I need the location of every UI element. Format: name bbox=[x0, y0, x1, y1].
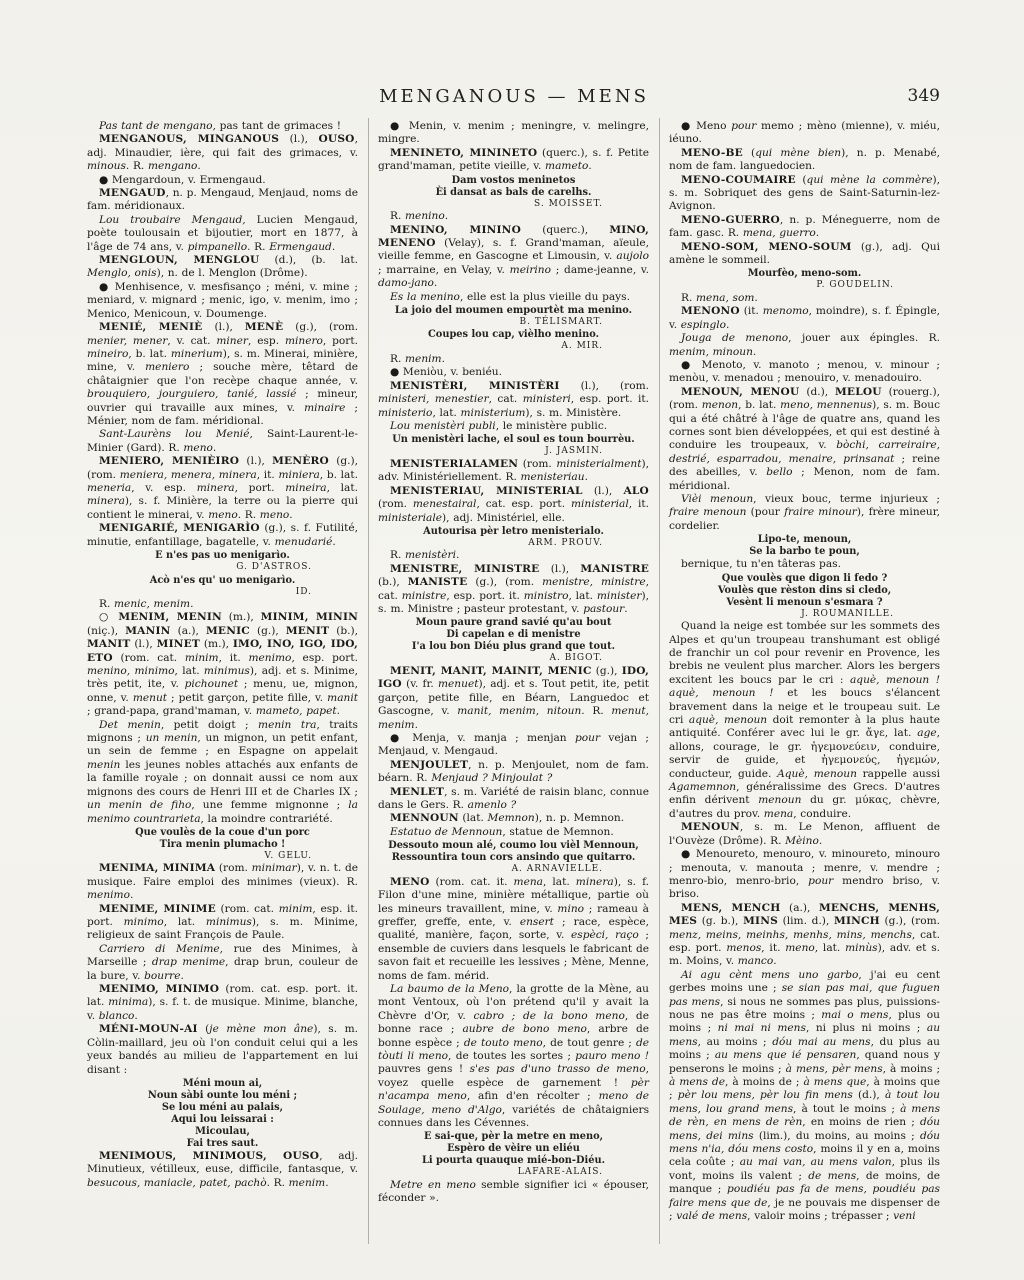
verse-quote: Lipo-te, menoun,Se la barbo te poun, bbox=[669, 534, 940, 558]
entry-paragraph: Pas tant de mengano, pas tant de grimace… bbox=[87, 120, 358, 133]
entry-paragraph: Estatuo de Mennoun, statue de Memnon. bbox=[378, 826, 649, 839]
entry-paragraph: MENIT, MANIT, MAINIT, MENIC (g.), IDO, I… bbox=[378, 665, 649, 732]
verse-quote: Autourisa pèr letro menisterialo. bbox=[378, 526, 649, 538]
entry-paragraph: MENIERO, MENIÈIRO (l.), MENÈRO (g.), (ro… bbox=[87, 455, 358, 522]
quote-attribution: J. JASMIN. bbox=[378, 446, 649, 458]
entry-paragraph: Ai agu cènt mens uno garbo, j'ai eu cent… bbox=[669, 969, 940, 1224]
entry-paragraph: ● Menoto, v. manoto ; menou, v. minour ;… bbox=[669, 359, 940, 386]
entry-paragraph: MENIÉ, MENIÈ (l.), MENÈ (g.), (rom. meni… bbox=[87, 321, 358, 428]
entry-paragraph: ● Menin, v. menim ; meningre, v. melingr… bbox=[378, 120, 649, 147]
page-header: MENGANOUS — MENS 349 bbox=[84, 86, 944, 112]
verse-quote: La joio del moumen empourtèt ma menino. bbox=[378, 305, 649, 317]
text-columns: Pas tant de mengano, pas tant de grimace… bbox=[78, 118, 950, 1244]
entry-paragraph: Quand la neige est tombée sur les sommet… bbox=[669, 620, 940, 821]
column: ● Menin, v. menim ; meningre, v. melingr… bbox=[368, 118, 659, 1244]
entry-paragraph: R. mena, som. bbox=[669, 292, 940, 305]
entry-paragraph: La baumo de la Meno, la grotte de la Mèn… bbox=[378, 983, 649, 1130]
entry-paragraph: Lou troubaire Mengaud, Lucien Mengaud, p… bbox=[87, 214, 358, 254]
entry-paragraph: MENIMOUS, MINIMOUS, OUSO, adj. Minutieux… bbox=[87, 1150, 358, 1190]
entry-paragraph: ● Menja, v. manja ; menjan pour vejan ; … bbox=[378, 732, 649, 759]
column: Pas tant de mengano, pas tant de grimace… bbox=[78, 118, 368, 1244]
verse-quote: E n'es pas uo menigarìo. bbox=[87, 550, 358, 562]
entry-paragraph: bernique, tu n'en tâteras pas. bbox=[669, 558, 940, 571]
quote-attribution: ARM. PROUV. bbox=[378, 538, 649, 550]
page-number: 349 bbox=[908, 86, 940, 106]
quote-attribution: A. MIR. bbox=[378, 341, 649, 353]
entry-paragraph: ● Meniòu, v. beniéu. bbox=[378, 366, 649, 379]
entry-paragraph: R. menistèri. bbox=[378, 549, 649, 562]
entry-paragraph: ○ MENIM, MENIN (m.), MINIM, MININ (niç.)… bbox=[87, 611, 358, 718]
quote-attribution: G. D'ASTROS. bbox=[87, 562, 358, 574]
verse-quote: Un menistèri lache, el soul es toun bour… bbox=[378, 434, 649, 446]
entry-paragraph: R. menic, menim. bbox=[87, 598, 358, 611]
entry-paragraph: MENONO (it. menomo, moindre), s. f. Épin… bbox=[669, 305, 940, 332]
entry-paragraph: MENINETO, MININETO (querc.), s. f. Petit… bbox=[378, 147, 649, 174]
entry-paragraph: MENISTERIAU, MINISTERIAL (l.), ALO (rom.… bbox=[378, 485, 649, 525]
entry-paragraph: MENJOULET, n. p. Menjoulet, nom de fam. … bbox=[378, 759, 649, 786]
entry-paragraph: Es la menino, elle est la plus vieille d… bbox=[378, 291, 649, 304]
entry-paragraph: ● Meno pour memo ; mèno (mienne), v. mié… bbox=[669, 120, 940, 147]
entry-paragraph: Carriero di Menime, rue des Minimes, à M… bbox=[87, 943, 358, 983]
quote-attribution: S. MOISSET. bbox=[378, 199, 649, 211]
entry-paragraph: R. menim. bbox=[378, 353, 649, 366]
entry-paragraph: MENOUN, MENOU (d.), MELOU (rouerg.), (ro… bbox=[669, 386, 940, 493]
entry-paragraph: MENISTERIALAMEN (rom. ministerialment), … bbox=[378, 458, 649, 485]
quote-attribution: B. TÉLISMART. bbox=[378, 317, 649, 329]
entry-paragraph: MENIGARIÉ, MENIGARÌO (g.), s. f. Futilit… bbox=[87, 522, 358, 549]
running-title: MENGANOUS — MENS bbox=[84, 86, 944, 107]
quote-attribution: LAFARE-ALAIS. bbox=[378, 1167, 649, 1179]
entry-paragraph: MENOUN, s. m. Le Menon, affluent de l'Ou… bbox=[669, 821, 940, 848]
verse-quote: Mourfèo, meno-som. bbox=[669, 268, 940, 280]
entry-paragraph: ● Menoureto, menouro, v. minoureto, mino… bbox=[669, 848, 940, 902]
entry-paragraph: MENLET, s. m. Variété de raisin blanc, c… bbox=[378, 786, 649, 813]
quote-attribution: A. BIGOT. bbox=[378, 653, 649, 665]
entry-paragraph: MENINO, MININO (querc.), MINO, MENENO (V… bbox=[378, 224, 649, 291]
entry-paragraph: ● Menhisence, v. mesfisanço ; méni, v. m… bbox=[87, 281, 358, 321]
column: ● Meno pour memo ; mèno (mienne), v. mié… bbox=[659, 118, 950, 1244]
entry-paragraph: MÉNI-MOUN-AI (je mène mon âne), s. m. Cò… bbox=[87, 1023, 358, 1077]
entry-paragraph: Sant-Laurèns lou Menié, Saint-Laurent-le… bbox=[87, 428, 358, 455]
verse-quote: Acò n'es qu' uo menigarìo. bbox=[87, 575, 358, 587]
quote-attribution: J. ROUMANILLE. bbox=[669, 609, 940, 621]
quote-attribution: V. GELU. bbox=[87, 851, 358, 863]
entry-paragraph: Det menin, petit doigt ; menin tra, trai… bbox=[87, 719, 358, 826]
entry-paragraph: MENGLOUN, MENGLOU (d.), (b. lat. Menglo,… bbox=[87, 254, 358, 281]
entry-paragraph: MENO-SOM, MENO-SOUM (g.), adj. Qui amène… bbox=[669, 241, 940, 268]
entry-paragraph: MENIME, MINIME (rom. cat. minim, esp. it… bbox=[87, 903, 358, 943]
verse-quote: E sai-que, pèr la metre en meno,Espèro d… bbox=[378, 1131, 649, 1167]
verse-quote: Dam vostos meninetosÈi dansat as bals de… bbox=[378, 175, 649, 199]
verse-quote: Moun paure grand savié qu'au boutDi cape… bbox=[378, 617, 649, 653]
entry-paragraph: R. menino. bbox=[378, 210, 649, 223]
verse-quote: Coupes lou cap, vièlho menino. bbox=[378, 329, 649, 341]
entry-paragraph: Vièi menoun, vieux bouc, terme injurieux… bbox=[669, 493, 940, 533]
entry-paragraph: ● Mengardoun, v. Ermengaud. bbox=[87, 174, 358, 187]
entry-paragraph: MENGANOUS, MINGANOUS (l.), OUSO, adj. Mi… bbox=[87, 133, 358, 173]
quote-attribution: A. ARNAVIELLE. bbox=[378, 864, 649, 876]
entry-paragraph: MENS, MENCH (a.), MENCHS, MENHS, MES (g.… bbox=[669, 902, 940, 969]
verse-quote: Que voulès que digon li fedo ?Voulès que… bbox=[669, 573, 940, 609]
entry-paragraph: MENISTÈRI, MINISTÈRI (l.), (rom. ministe… bbox=[378, 380, 649, 420]
entry-paragraph: MENIMA, MINIMA (rom. minimar), v. n. t. … bbox=[87, 862, 358, 902]
entry-paragraph: Jouga de menono, jouer aux épingles. R. … bbox=[669, 332, 940, 359]
quote-attribution: P. GOUDELIN. bbox=[669, 280, 940, 292]
entry-paragraph: MENO (rom. cat. it. mena, lat. minera), … bbox=[378, 876, 649, 983]
entry-paragraph: MENISTRE, MINISTRE (l.), MANISTRE (b.), … bbox=[378, 563, 649, 617]
entry-paragraph: MENNOUN (lat. Memnon), n. p. Memnon. bbox=[378, 812, 649, 825]
dictionary-page-scan: MENGANOUS — MENS 349 Pas tant de mengano… bbox=[0, 0, 1024, 1280]
entry-paragraph: MENO-GUERRO, n. p. Méneguerre, nom de fa… bbox=[669, 214, 940, 241]
entry-paragraph: Metre en meno semble signifier ici « épo… bbox=[378, 1179, 649, 1206]
quote-attribution: ID. bbox=[87, 587, 358, 599]
entry-paragraph: MENIMO, MINIMO (rom. cat. esp. port. it.… bbox=[87, 983, 358, 1023]
verse-quote: Que voulès de la coue d'un porcTira meni… bbox=[87, 827, 358, 851]
entry-paragraph: Lou menistèri publi, le ministère public… bbox=[378, 420, 649, 433]
entry-paragraph: MENO-COUMAIRE (qui mène la commère), s. … bbox=[669, 174, 940, 214]
verse-quote: Méni moun ai,Noun sàbi ounte lou méni ;S… bbox=[87, 1078, 358, 1150]
entry-paragraph: MENO-BE (qui mène bien), n. p. Menabé, n… bbox=[669, 147, 940, 174]
verse-quote: Dessouto moun alé, coumo lou vièl Mennou… bbox=[378, 840, 649, 864]
entry-paragraph: MENGAUD, n. p. Mengaud, Menjaud, noms de… bbox=[87, 187, 358, 214]
